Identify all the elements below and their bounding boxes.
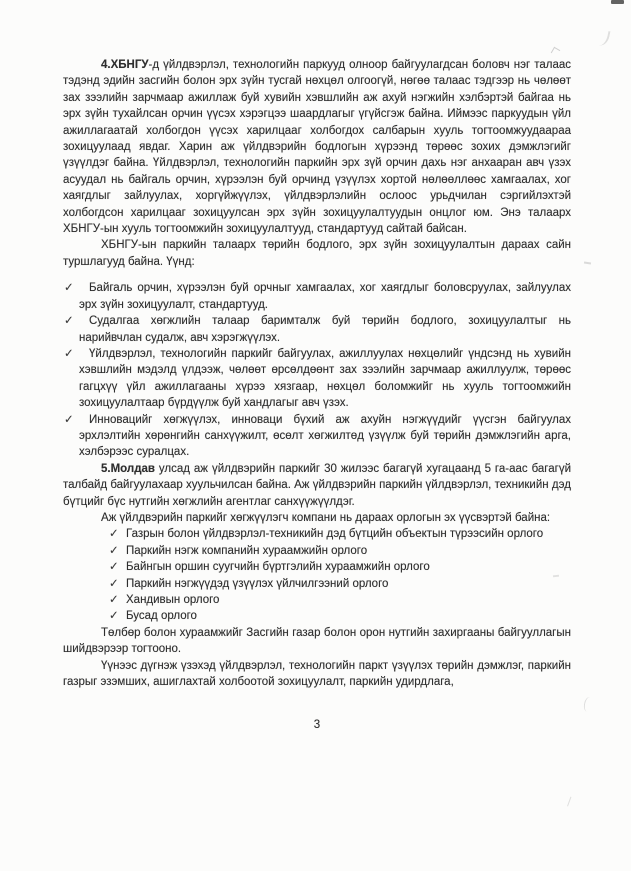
checkmark-icon: ✓ xyxy=(64,346,74,362)
best-practice-list: ✓Байгаль орчин, хүрээлэн буй орчныг хамг… xyxy=(63,280,571,460)
list-item-text: Паркийн нэгж компанийн хураамжийн орлого xyxy=(126,545,367,557)
checkmark-icon: ✓ xyxy=(109,526,119,542)
scan-artifact xyxy=(559,794,572,807)
paragraph-hbngu-parks: 4.ХБНГУ-д үйлдвэрлэл, технологийн паркуу… xyxy=(63,57,571,237)
list-item: ✓Бусад орлого xyxy=(108,608,571,624)
list-item: ✓Газрын болон үйлдвэрлэл-техникийн дэд б… xyxy=(108,526,571,542)
paragraph-conclusion: Үүнээс дүгнэж үзэхэд үйлдвэрлэл, техноло… xyxy=(63,658,571,691)
checkmark-icon: ✓ xyxy=(109,592,119,608)
scan-artifact xyxy=(583,696,594,712)
checkmark-icon: ✓ xyxy=(64,313,74,329)
paragraph-moldova: 5.Молдав улсад аж үйлдвэрийн паркийг 30 … xyxy=(63,461,571,510)
list-item-text: Газрын болон үйлдвэрлэл-техникийн дэд бү… xyxy=(126,528,543,540)
list-item: ✓Байнгын оршин суугчийн бүртгэлийн хураа… xyxy=(108,559,571,575)
list-item-text: Бусад орлого xyxy=(126,610,197,622)
list-item: ✓Паркийн нэгжүүдэд үзүүлэх үйлчилгээний … xyxy=(108,576,571,592)
list-item-text: Хандивын орлого xyxy=(126,594,219,606)
list-item-text: Байгаль орчин, хүрээлэн буй орчныг хамга… xyxy=(79,282,571,310)
document-page: 4.ХБНГУ-д үйлдвэрлэл, технологийн паркуу… xyxy=(0,0,631,871)
list-item-text: Үйлдвэрлэл, технологийн паркийг байгуула… xyxy=(79,348,571,409)
list-item-text: Байнгын оршин суугчийн бүртгэлийн хураам… xyxy=(126,561,430,573)
paragraph-hbngu-lead: 4.ХБНГУ xyxy=(101,59,149,71)
paragraph-best-practice-intro: ХБНГУ-ын паркийн талаарх төрийн бодлого,… xyxy=(63,237,571,270)
paragraph-moldova-lead: 5.Молдав xyxy=(101,463,155,475)
checkmark-icon: ✓ xyxy=(109,576,119,592)
checkmark-icon: ✓ xyxy=(64,412,74,428)
scan-artifact xyxy=(584,262,591,265)
checkmark-icon: ✓ xyxy=(64,280,74,296)
checkmark-icon: ✓ xyxy=(109,608,119,624)
checkmark-icon: ✓ xyxy=(109,543,119,559)
paragraph-fees: Төлбөр болон хураамжийг Засгийн газар бо… xyxy=(63,625,571,658)
list-item: ✓Үйлдвэрлэл, технологийн паркийг байгуул… xyxy=(63,346,571,412)
list-item: ✓Хандивын орлого xyxy=(108,592,571,608)
list-item: ✓Инновацийг хөгжүүлэх, инноваци бүхий аж… xyxy=(63,412,571,461)
list-item: ✓Паркийн нэгж компанийн хураамжийн орлог… xyxy=(108,543,571,559)
scan-artifact xyxy=(551,47,561,57)
checkmark-icon: ✓ xyxy=(109,559,119,575)
scan-artifact xyxy=(611,0,624,4)
page-number: 3 xyxy=(63,717,571,733)
list-item: ✓Байгаль орчин, хүрээлэн буй орчныг хамг… xyxy=(63,280,571,313)
list-item-text: Судалгаа хөгжлийн талаар баримталж буй т… xyxy=(79,315,571,343)
scan-artifact xyxy=(595,29,610,47)
list-item-text: Инновацийг хөгжүүлэх, инноваци бүхий аж … xyxy=(79,414,571,459)
paragraph-income-intro: Аж үйлдвэрийн паркийг хөгжүүлэгч компани… xyxy=(63,510,571,526)
income-source-list: ✓Газрын болон үйлдвэрлэл-техникийн дэд б… xyxy=(108,526,571,624)
document-content: 4.ХБНГУ-д үйлдвэрлэл, технологийн паркуу… xyxy=(63,57,571,734)
list-item-text: Паркийн нэгжүүдэд үзүүлэх үйлчилгээний о… xyxy=(126,578,388,590)
list-item: ✓Судалгаа хөгжлийн талаар баримталж буй … xyxy=(63,313,571,346)
paragraph-hbngu-body: -д үйлдвэрлэл, технологийн паркууд олноо… xyxy=(63,59,571,235)
